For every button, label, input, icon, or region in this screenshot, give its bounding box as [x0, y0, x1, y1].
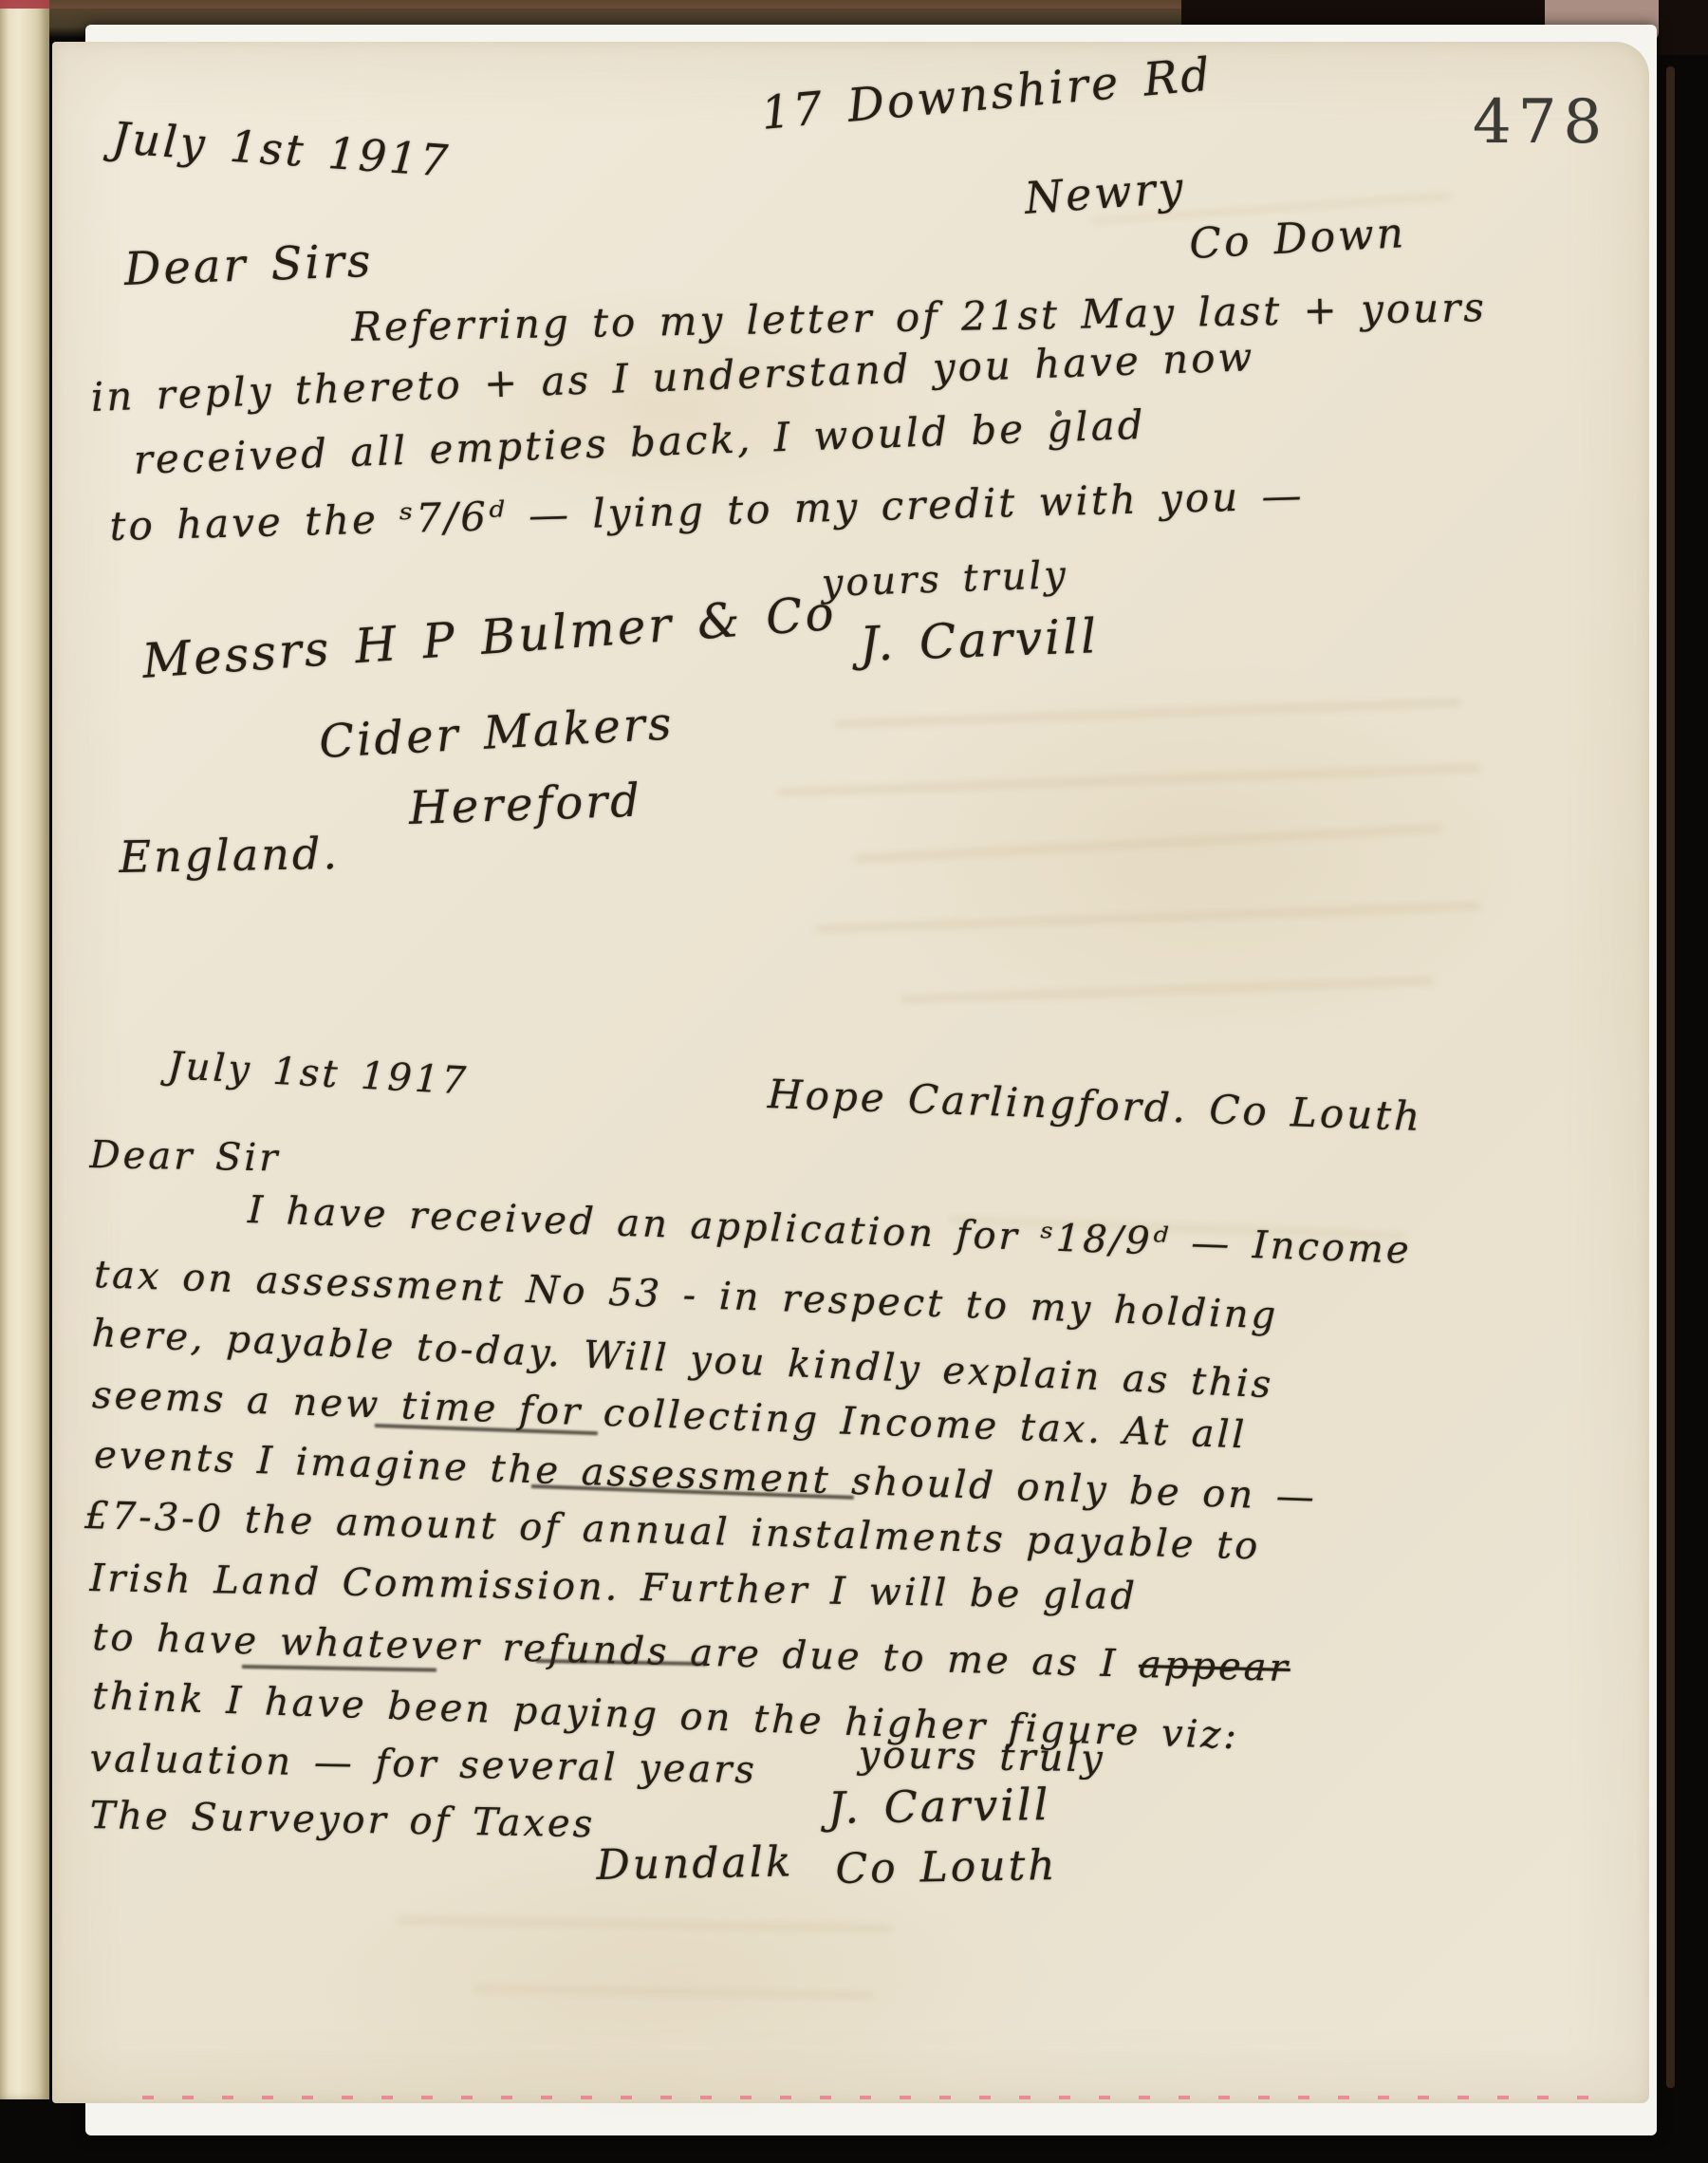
book-page-edge — [0, 0, 49, 2099]
document-page: 478 July 1st 1917 17 Downshire Rd Newry … — [0, 0, 1708, 2163]
letter2-signature: J. Carvill — [827, 1779, 1051, 1834]
letter2-closing: yours truly — [858, 1733, 1105, 1781]
letter1-salutation: Dear Sirs — [123, 234, 374, 296]
letter1-closing: yours truly — [821, 553, 1069, 606]
letter1-addressee-line: England. — [119, 828, 340, 883]
page-number: 478 — [1473, 87, 1608, 158]
letter2-place: Dundalk — [596, 1837, 794, 1890]
struck-word: appear — [1138, 1643, 1290, 1690]
book-spine-edge — [1666, 66, 1675, 2088]
letter2-county: Co Louth — [835, 1841, 1058, 1893]
letter1-addressee-line: Hereford — [408, 774, 643, 835]
letter2-salutation: Dear Sir — [89, 1133, 281, 1180]
letter1-signature: J. Carvill — [859, 608, 1100, 672]
letter2-addressee: The Surveyor of Taxes — [89, 1794, 595, 1846]
